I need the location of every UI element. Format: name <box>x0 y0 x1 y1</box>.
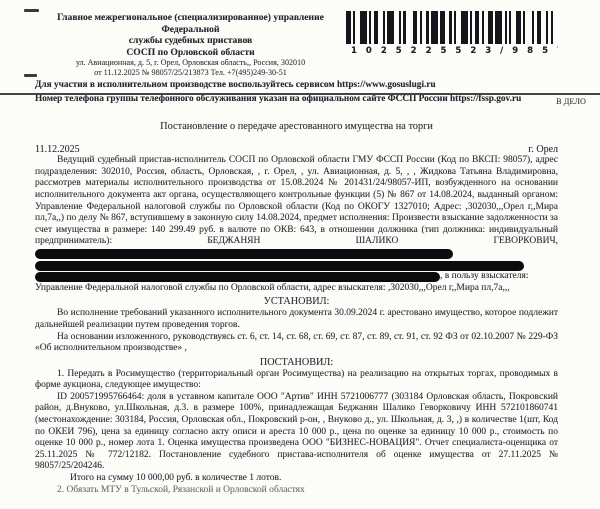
intro-paragraph: Ведущий судебный пристав-исполнитель СОС… <box>35 155 558 283</box>
redaction-bar-3 <box>35 272 440 282</box>
org-name-line-1: Главное межрегиональное (специализирован… <box>35 12 346 35</box>
resolve-item-1: 1. Передать в Росимущество (территориаль… <box>35 369 558 392</box>
scan-artifact <box>24 9 39 12</box>
org-name-line-2: службы судебных приставов <box>35 35 346 47</box>
redaction-bar-1 <box>35 249 453 259</box>
redaction-tail-text: , в пользу взыскателя: <box>440 271 528 281</box>
org-name-line-3: СОСП по Орловской области <box>35 47 346 59</box>
redaction-bar-2 <box>35 261 524 271</box>
org-address: ул. Авиационная, д. 5, г. Орел, Орловска… <box>35 58 346 68</box>
established-heading: УСТАНОВИЛ: <box>35 296 558 308</box>
claimant-line: Управление Федеральной налоговой службы … <box>35 283 558 295</box>
doc-title: Постановление о передаче арестованного и… <box>35 121 558 132</box>
lot-description: ID 200571995766464: доля в уставном капи… <box>35 392 558 473</box>
doc-reference-number: от 11.12.2025 № 98057/25/213873 Тел. +7(… <box>35 68 346 78</box>
barcode: 1025225523/9857 <box>346 8 558 56</box>
legal-basis-text: На основании изложенного, руководствуясь… <box>35 332 558 355</box>
doc-date: 11.12.2025 <box>35 144 80 155</box>
established-text: Во исполнение требований указанного испо… <box>35 308 558 331</box>
date-place-line: 11.12.2025 г. Орел <box>35 144 558 155</box>
notice-phone-service: Номер телефона группы телефонного обслуж… <box>35 94 558 105</box>
resolved-heading: ПОСТАНОВИЛ: <box>35 357 558 369</box>
notice-gosuslugi: Для участия в исполнительном производств… <box>35 80 558 91</box>
issuing-authority-block: Главное межрегиональное (специализирован… <box>35 8 346 77</box>
barcode-bars <box>346 11 558 44</box>
resolve-item-2-partial: 2. Обязать МТУ в Тульской, Рязанской и О… <box>35 485 558 497</box>
barcode-digits: 1025225523/9857 <box>346 46 558 56</box>
in-file-stamp: В ДЕЛО <box>556 97 586 106</box>
total-line: Итого на сумму 10 000,00 руб. в количест… <box>35 473 558 485</box>
intro-text: Ведущий судебный пристав-исполнитель СОС… <box>35 155 558 246</box>
header-divider <box>0 93 600 95</box>
doc-place: г. Орел <box>528 144 558 155</box>
letterhead: Главное межрегиональное (специализирован… <box>35 8 558 77</box>
scan-artifact <box>24 74 37 77</box>
document-page: Главное межрегиональное (специализирован… <box>0 0 600 509</box>
